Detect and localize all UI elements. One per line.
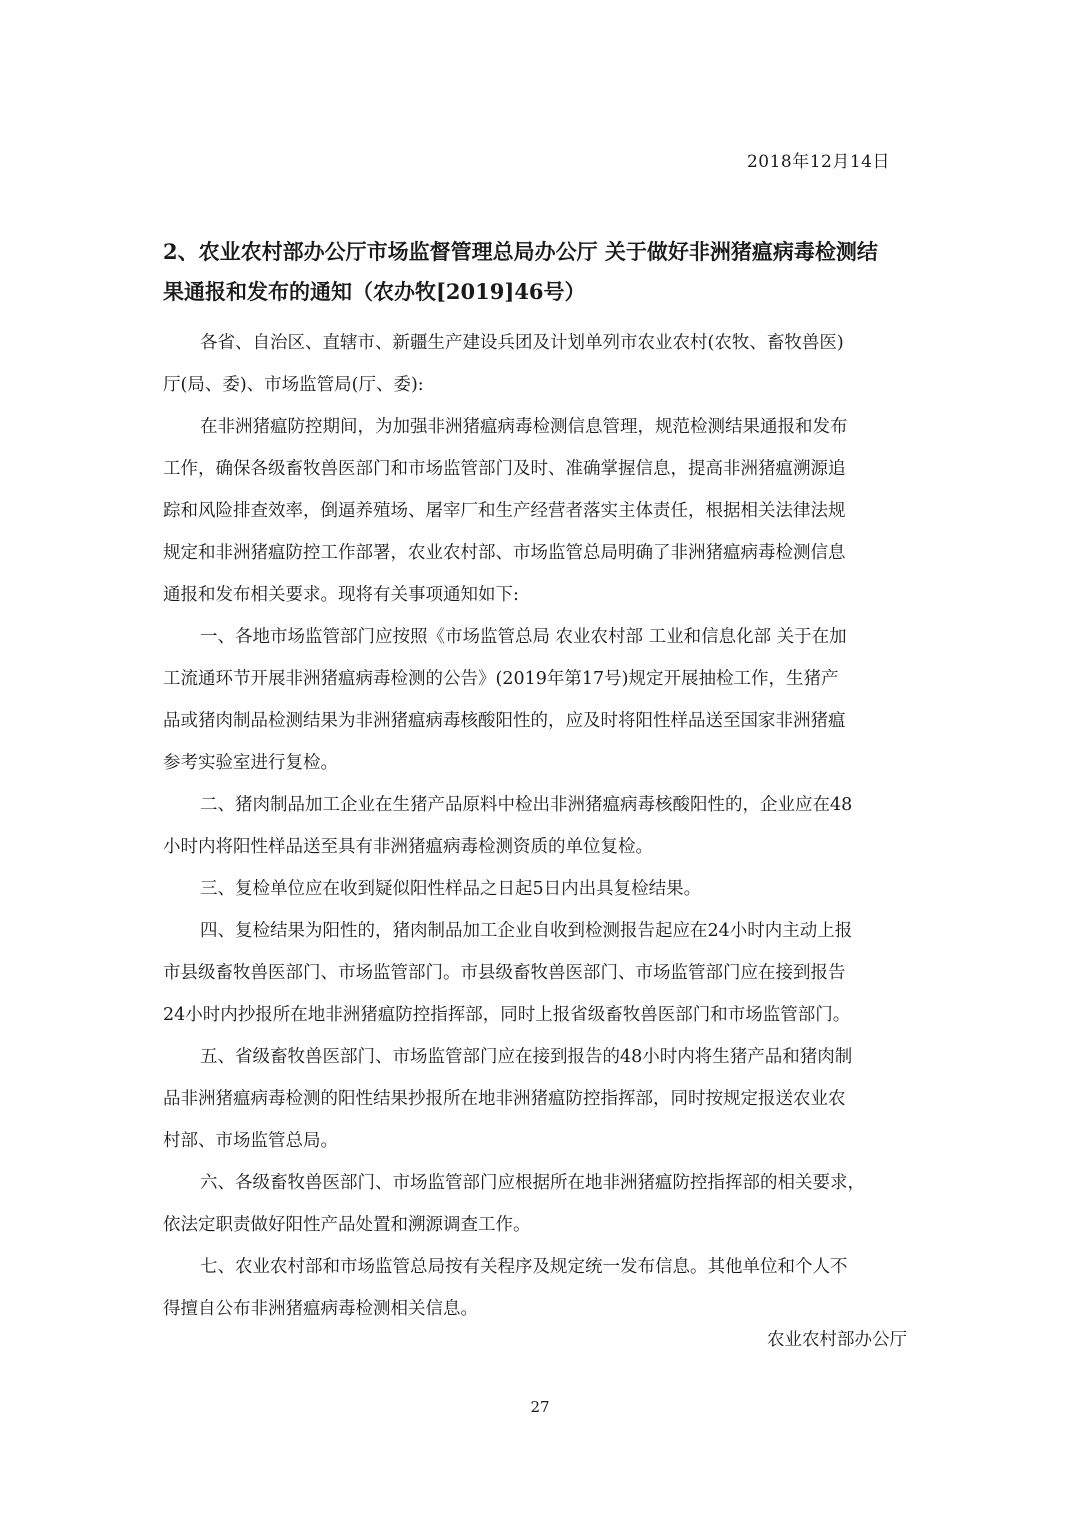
paragraph-line: 参考实验室进行复检。 — [163, 742, 913, 784]
paragraph-line: 24小时内抄报所在地非洲猪瘟防控指挥部，同时上报省级畜牧兽医部门和市场监管部门。 — [163, 994, 913, 1036]
paragraph-line: 踪和风险排查效率，倒逼养殖场、屠宰厂和生产经营者落实主体责任，根据相关法律法规 — [163, 490, 913, 532]
paragraph-line: 六、各级畜牧兽医部门、市场监管部门应根据所在地非洲猪瘟防控指挥部的相关要求， — [163, 1162, 913, 1204]
paragraph: 七、农业农村部和市场监管总局按有关程序及规定统一发布信息。其他单位和个人不得擅自… — [163, 1246, 913, 1330]
paragraph-line: 五、省级畜牧兽医部门、市场监管部门应在接到报告的48小时内将生猪产品和猪肉制 — [163, 1036, 913, 1078]
paragraph-line: 工流通环节开展非洲猪瘟病毒检测的公告》(2019年第17号)规定开展抽检工作，生… — [163, 658, 913, 700]
title-line: 2、农业农村部办公厅市场监督管理总局办公厅 关于做好非洲猪瘟病毒检测结 — [163, 232, 923, 272]
title-line: 果通报和发布的通知（农办牧[2019]46号） — [163, 272, 923, 312]
paragraph-line: 市县级畜牧兽医部门、市场监管部门。市县级畜牧兽医部门、市场监管部门应在接到报告 — [163, 952, 913, 994]
paragraph: 二、猪肉制品加工企业在生猪产品原料中检出非洲猪瘟病毒核酸阳性的，企业应在48小时… — [163, 784, 913, 868]
document-body: 各省、自治区、直辖市、新疆生产建设兵团及计划单列市农业农村(农牧、畜牧兽医)厅(… — [163, 322, 913, 1330]
document-page: 2018年12月14日 2、农业农村部办公厅市场监督管理总局办公厅 关于做好非洲… — [0, 0, 1080, 1527]
paragraph-line: 小时内将阳性样品送至具有非洲猪瘟病毒检测资质的单位复检。 — [163, 826, 913, 868]
paragraph-line: 四、复检结果为阳性的，猪肉制品加工企业自收到检测报告起应在24小时内主动上报 — [163, 910, 913, 952]
paragraph-line: 品或猪肉制品检测结果为非洲猪瘟病毒核酸阳性的，应及时将阳性样品送至国家非洲猪瘟 — [163, 700, 913, 742]
paragraph-line: 厅(局、委)、市场监管局(厅、委): — [163, 364, 913, 406]
page-number: 27 — [0, 1398, 1080, 1416]
paragraph: 六、各级畜牧兽医部门、市场监管部门应根据所在地非洲猪瘟防控指挥部的相关要求，依法… — [163, 1162, 913, 1246]
paragraph-line: 一、各地市场监管部门应按照《市场监管总局 农业农村部 工业和信息化部 关于在加 — [163, 616, 913, 658]
paragraph-line: 通报和发布相关要求。现将有关事项通知如下: — [163, 574, 913, 616]
paragraph-line: 品非洲猪瘟病毒检测的阳性结果抄报所在地非洲猪瘟防控指挥部，同时按规定报送农业农 — [163, 1078, 913, 1120]
paragraph: 五、省级畜牧兽医部门、市场监管部门应在接到报告的48小时内将生猪产品和猪肉制品非… — [163, 1036, 913, 1162]
paragraph: 各省、自治区、直辖市、新疆生产建设兵团及计划单列市农业农村(农牧、畜牧兽医)厅(… — [163, 322, 913, 406]
document-title: 2、农业农村部办公厅市场监督管理总局办公厅 关于做好非洲猪瘟病毒检测结 果通报和… — [163, 232, 923, 312]
paragraph: 三、复检单位应在收到疑似阳性样品之日起5日内出具复检结果。 — [163, 868, 913, 910]
paragraph: 四、复检结果为阳性的，猪肉制品加工企业自收到检测报告起应在24小时内主动上报市县… — [163, 910, 913, 1036]
paragraph-line: 村部、市场监管总局。 — [163, 1120, 913, 1162]
paragraph-line: 规定和非洲猪瘟防控工作部署，农业农村部、市场监管总局明确了非洲猪瘟病毒检测信息 — [163, 532, 913, 574]
paragraph-line: 七、农业农村部和市场监管总局按有关程序及规定统一发布信息。其他单位和个人不 — [163, 1246, 913, 1288]
paragraph-line: 得擅自公布非洲猪瘟病毒检测相关信息。 — [163, 1288, 913, 1330]
paragraph-line: 工作，确保各级畜牧兽医部门和市场监管部门及时、准确掌握信息，提高非洲猪瘟溯源追 — [163, 448, 913, 490]
paragraph-line: 依法定职责做好阳性产品处置和溯源调查工作。 — [163, 1204, 913, 1246]
paragraph-line: 各省、自治区、直辖市、新疆生产建设兵团及计划单列市农业农村(农牧、畜牧兽医) — [163, 322, 913, 364]
paragraph: 一、各地市场监管部门应按照《市场监管总局 农业农村部 工业和信息化部 关于在加工… — [163, 616, 913, 784]
signature: 农业农村部办公厅 — [767, 1326, 907, 1351]
document-date: 2018年12月14日 — [747, 147, 890, 172]
paragraph-line: 在非洲猪瘟防控期间，为加强非洲猪瘟病毒检测信息管理，规范检测结果通报和发布 — [163, 406, 913, 448]
paragraph: 在非洲猪瘟防控期间，为加强非洲猪瘟病毒检测信息管理，规范检测结果通报和发布工作，… — [163, 406, 913, 616]
paragraph-line: 二、猪肉制品加工企业在生猪产品原料中检出非洲猪瘟病毒核酸阳性的，企业应在48 — [163, 784, 913, 826]
paragraph-line: 三、复检单位应在收到疑似阳性样品之日起5日内出具复检结果。 — [163, 868, 913, 910]
